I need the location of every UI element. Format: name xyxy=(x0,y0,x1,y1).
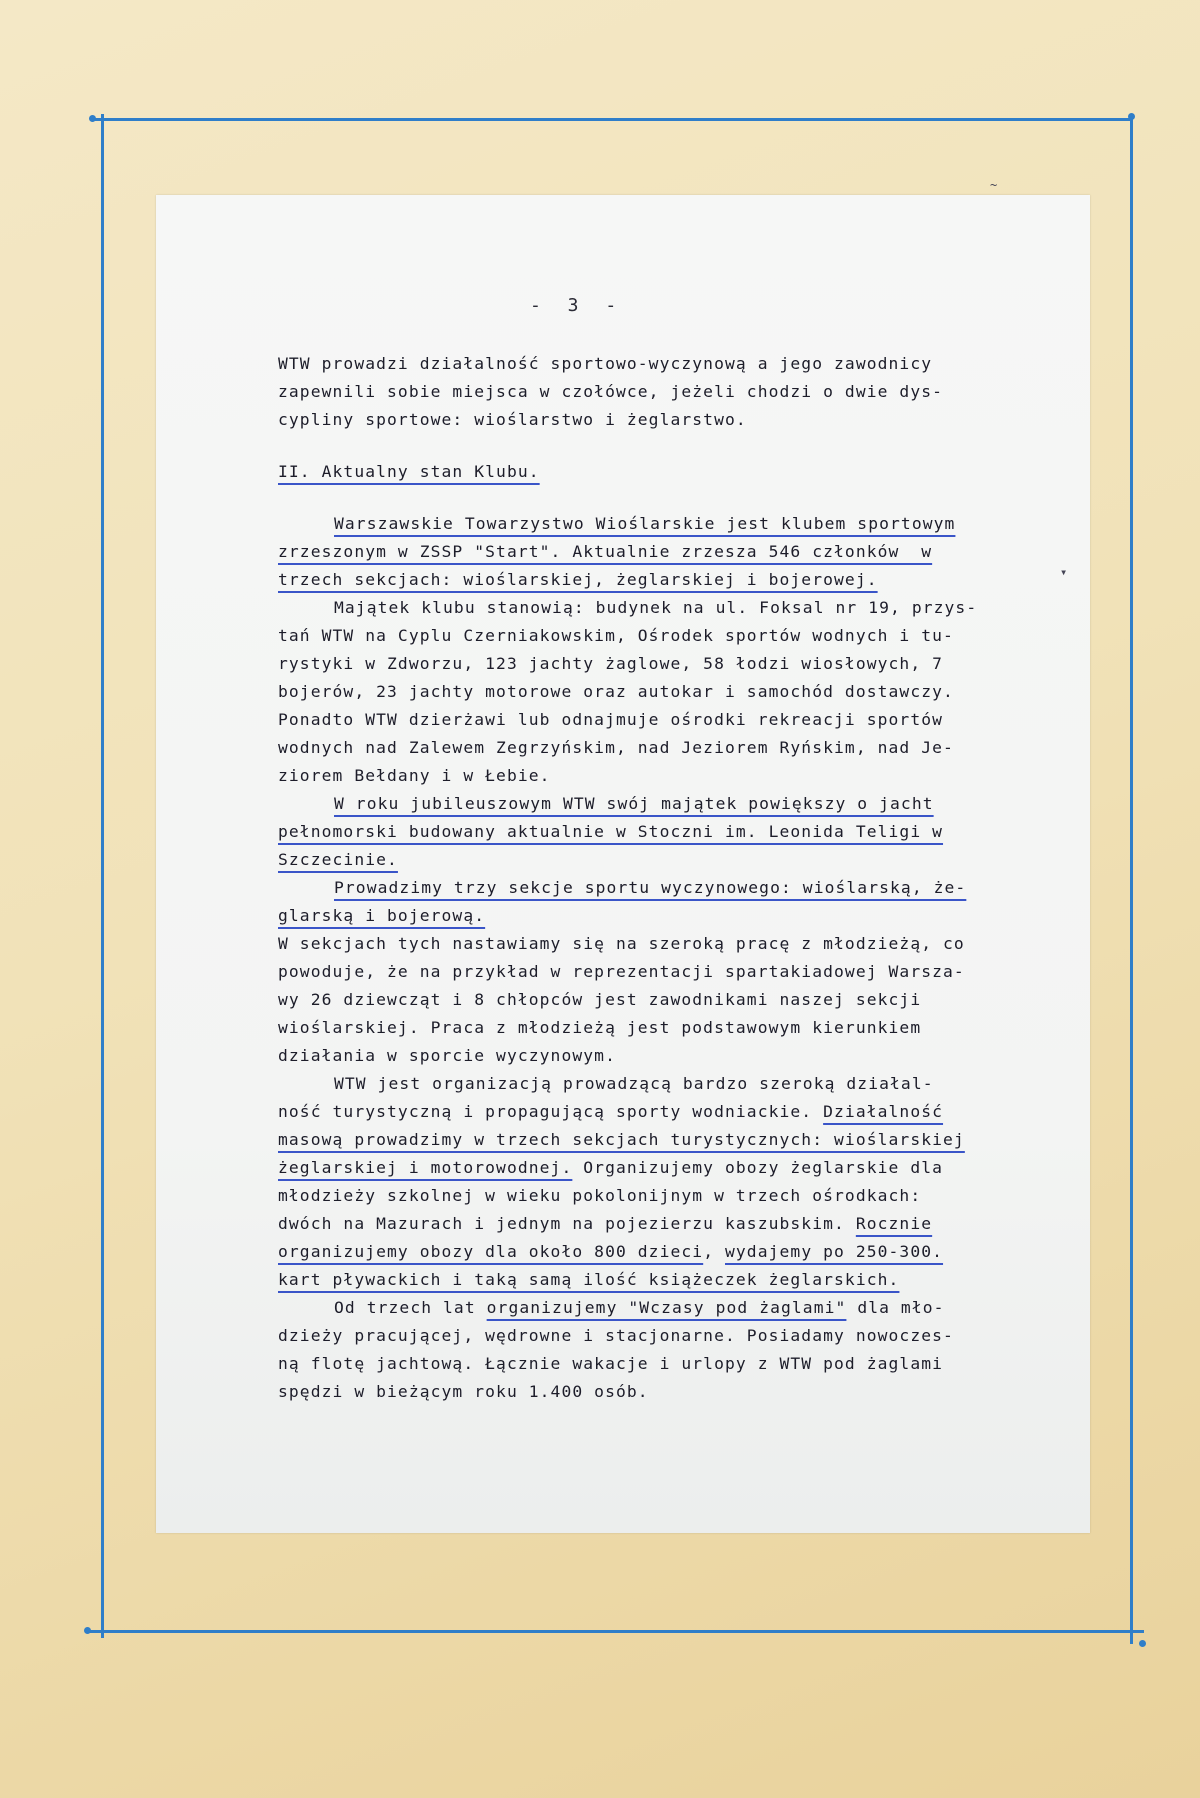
text-line: W roku jubileuszowym WTW swój majątek po… xyxy=(278,790,1038,818)
text-line: cypliny sportowe: wioślarstwo i żeglarst… xyxy=(278,406,1038,434)
page-number: - 3 - xyxy=(530,295,624,316)
text-line: działania w sporcie wyczynowym. xyxy=(278,1042,1038,1070)
text-line: Warszawskie Towarzystwo Wioślarskie jest… xyxy=(278,510,1038,538)
text-line: żeglarskiej i motorowodnej. Organizujemy… xyxy=(278,1154,1038,1182)
text-line: pełnomorski budowany aktualnie w Stoczni… xyxy=(278,818,1038,846)
text-line: tań WTW na Cyplu Czerniakowskim, Ośrodek… xyxy=(278,622,1038,650)
text-line: ziorem Bełdany i w Łebie. xyxy=(278,762,1038,790)
text-line: W sekcjach tych nastawiamy się na szerok… xyxy=(278,930,1038,958)
intro-paragraph: WTW prowadzi działalność sportowo-wyczyn… xyxy=(278,350,1038,434)
text-line: WTW prowadzi działalność sportowo-wyczyn… xyxy=(278,350,1038,378)
text-line: WTW jest organizacją prowadzącą bardzo s… xyxy=(278,1070,1038,1098)
text-line: Prowadzimy trzy sekcje sportu wyczynoweg… xyxy=(278,874,1038,902)
text-line: organizujemy obozy dla około 800 dzieci,… xyxy=(278,1238,1038,1266)
paragraph-holidays: Od trzech lat organizujemy "Wczasy pod ż… xyxy=(278,1294,1038,1406)
margin-mark: ▾ xyxy=(1060,565,1067,579)
frame-bottom-line xyxy=(86,1630,1144,1633)
text-line: Szczecinie. xyxy=(278,846,1038,874)
text-line: zapewnili sobie miejsca w czołówce, jeże… xyxy=(278,378,1038,406)
text-line: Od trzech lat organizujemy "Wczasy pod ż… xyxy=(278,1294,1038,1322)
frame-right-line xyxy=(1130,114,1133,1644)
document-body: WTW prowadzi działalność sportowo-wyczyn… xyxy=(278,350,1038,1406)
frame-corner-dot xyxy=(1128,113,1135,120)
section-heading: II. Aktualny stan Klubu. xyxy=(278,458,1038,486)
paragraph-jubilee: W roku jubileuszowym WTW swój majątek po… xyxy=(278,790,1038,874)
margin-mark: ~ xyxy=(990,178,997,192)
text-line: młodzieży szkolnej w wieku pokolonijnym … xyxy=(278,1182,1038,1210)
text-line: Ponadto WTW dzierżawi lub odnajmuje ośro… xyxy=(278,706,1038,734)
text-line: glarską i bojerową. xyxy=(278,902,1038,930)
paragraph-tourism: WTW jest organizacją prowadzącą bardzo s… xyxy=(278,1070,1038,1294)
text-line: ność turystyczną i propagującą sporty wo… xyxy=(278,1098,1038,1126)
text-line: kart pływackich i taką samą ilość książe… xyxy=(278,1266,1038,1294)
frame-top-line xyxy=(92,118,1132,121)
paragraph-membership: Warszawskie Towarzystwo Wioślarskie jest… xyxy=(278,510,1038,594)
paragraph-assets: Majątek klubu stanowią: budynek na ul. F… xyxy=(278,594,1038,790)
text-line: powoduje, że na przykład w reprezentacji… xyxy=(278,958,1038,986)
text-line: dzieży pracującej, wędrowne i stacjonarn… xyxy=(278,1322,1038,1350)
text-line: rystyki w Zdworzu, 123 jachty żaglowe, 5… xyxy=(278,650,1038,678)
typed-page: - 3 - WTW prowadzi działalność sportowo-… xyxy=(156,195,1090,1533)
text-line: dwóch na Mazurach i jednym na pojezierzu… xyxy=(278,1210,1038,1238)
text-line: wy 26 dziewcząt i 8 chłopców jest zawodn… xyxy=(278,986,1038,1014)
text-line: spędzi w bieżącym roku 1.400 osób. xyxy=(278,1378,1038,1406)
text-line: bojerów, 23 jachty motorowe oraz autokar… xyxy=(278,678,1038,706)
paragraph-youth: W sekcjach tych nastawiamy się na szerok… xyxy=(278,930,1038,1070)
text-line: wioślarskiej. Praca z młodzieżą jest pod… xyxy=(278,1014,1038,1042)
frame-left-line xyxy=(101,114,104,1638)
text-line: wodnych nad Zalewem Zegrzyńskim, nad Jez… xyxy=(278,734,1038,762)
text-line: ną flotę jachtową. Łącznie wakacje i url… xyxy=(278,1350,1038,1378)
text-line: Majątek klubu stanowią: budynek na ul. F… xyxy=(278,594,1038,622)
frame-corner-dot xyxy=(89,115,96,122)
text-line: zrzeszonym w ZSSP "Start". Aktualnie zrz… xyxy=(278,538,1038,566)
frame-corner-dot xyxy=(1139,1640,1146,1647)
text-line: trzech sekcjach: wioślarskiej, żeglarski… xyxy=(278,566,1038,594)
frame-corner-dot xyxy=(84,1627,91,1634)
paragraph-sections: Prowadzimy trzy sekcje sportu wyczynoweg… xyxy=(278,874,1038,930)
text-line: masową prowadzimy w trzech sekcjach tury… xyxy=(278,1126,1038,1154)
